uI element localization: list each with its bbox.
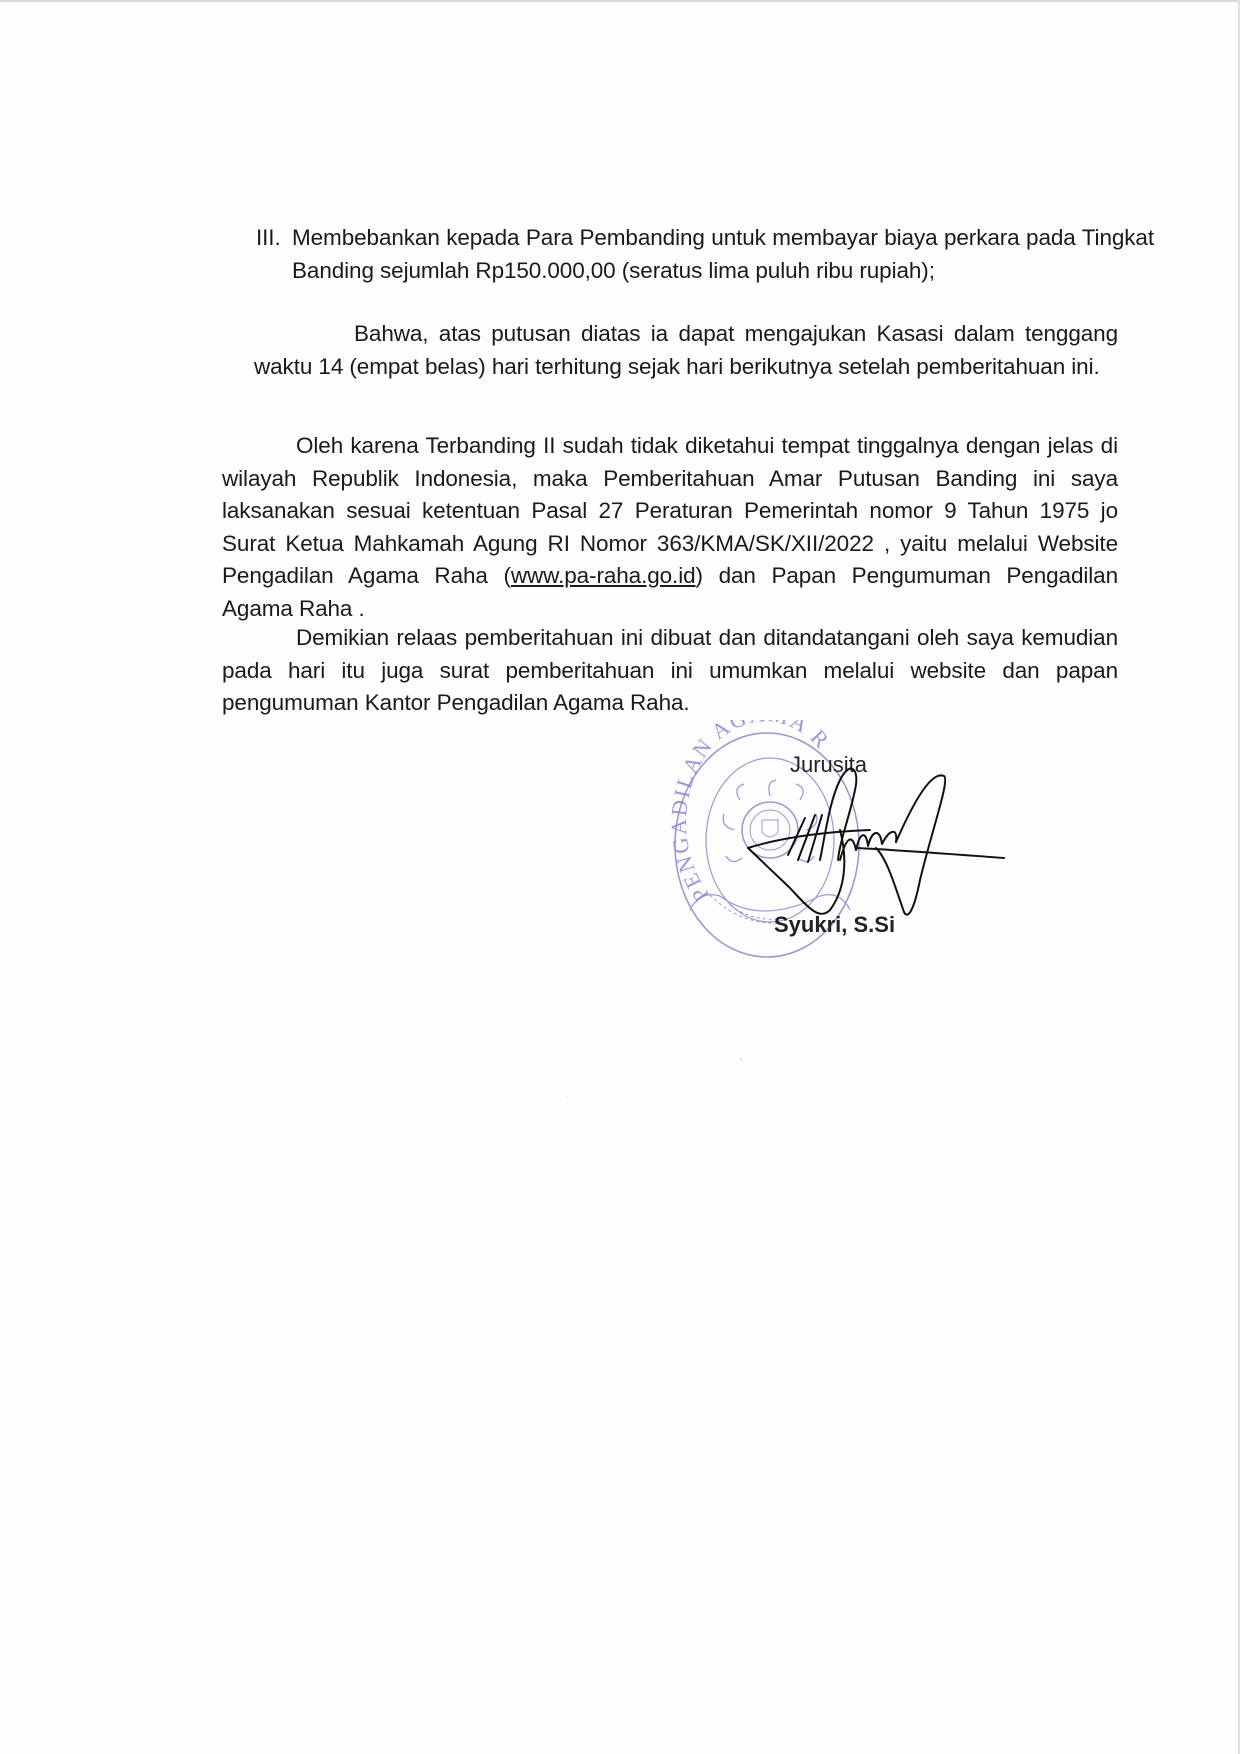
paragraph-cassation-notice: Bahwa, atas putusan diatas ia dapat meng… [254, 318, 1118, 383]
paragraph-closing: Demikian relaas pemberitahuan ini dibuat… [222, 622, 1118, 720]
item-marker: III. [256, 222, 292, 255]
scan-speck [567, 1096, 568, 1097]
handwritten-signature-icon [670, 720, 1030, 970]
court-website-link[interactable]: www.pa-raha.go.id [511, 563, 696, 588]
page-edge [0, 0, 1240, 2]
ruling-item-iii: III.Membebankan kepada Para Pembanding u… [256, 222, 1154, 287]
item-text: Membebankan kepada Para Pembanding untuk… [292, 225, 1154, 283]
scan-speck [740, 1058, 742, 1060]
paragraph-announcement-basis: Oleh karena Terbanding II sudah tidak di… [222, 430, 1118, 625]
signature-block: PENGADILAN AGAMA RAHA Jurusita Syukri, S… [670, 720, 1030, 970]
